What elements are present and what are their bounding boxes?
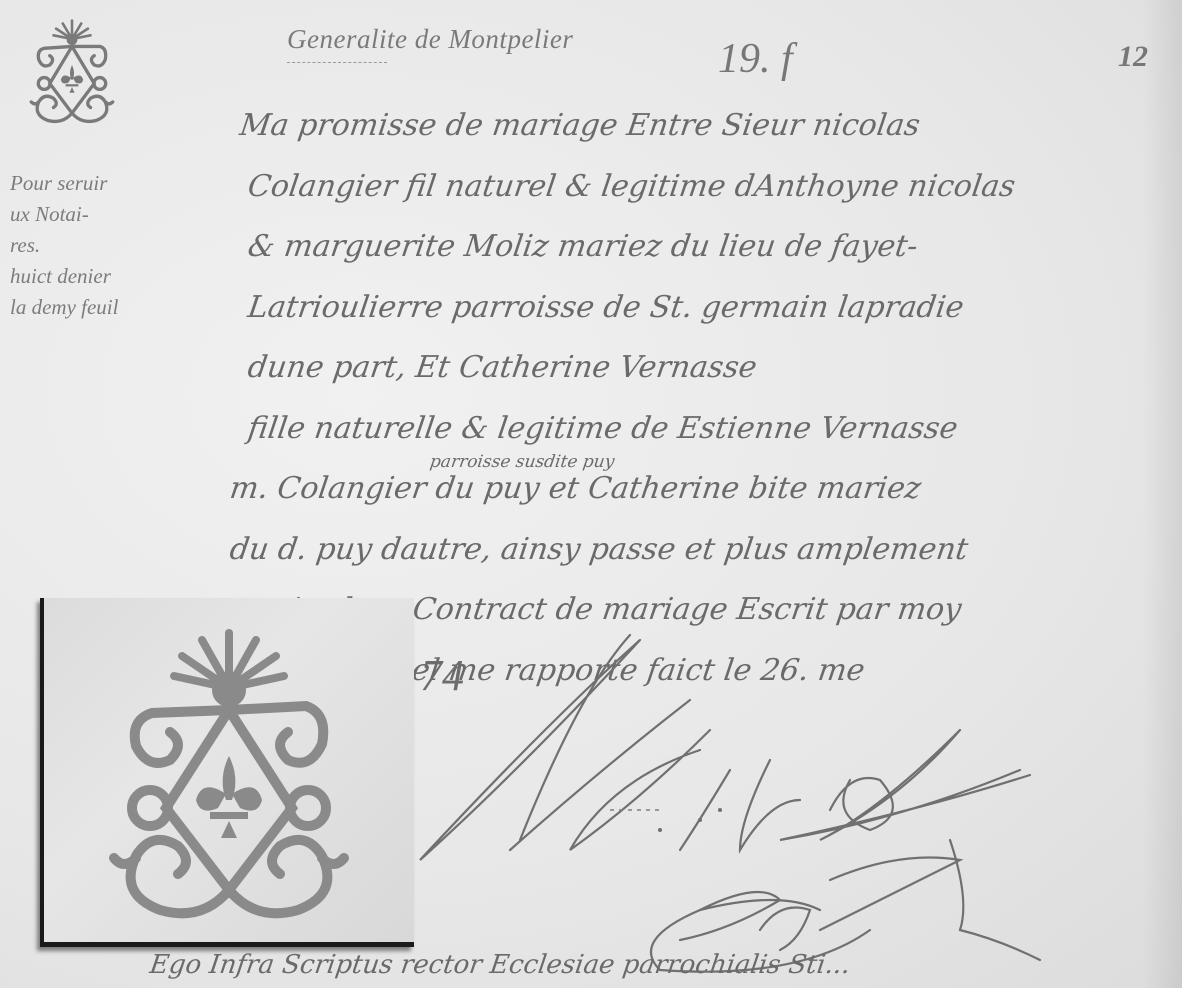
handwritten-line: du d. puy dautre, ainsy passe et plus am… (206, 520, 1165, 581)
margin-note: Pour seruir ux Notai- res. huict denier … (10, 168, 210, 323)
handwritten-line: Colangier fil naturel & legitime dAnthoy… (206, 157, 1165, 218)
page-number: 12 (1118, 40, 1148, 74)
enlarged-stamp-inset (40, 598, 414, 947)
bottom-handwritten-line: Ego Infra Scriptus rector Ecclesiae parr… (148, 950, 1152, 980)
handwritten-line: m. Colangier du puy et Catherine bite ma… (206, 459, 1165, 520)
folio-number: 19. f (718, 35, 793, 83)
signature-flourish-icon (400, 600, 1120, 988)
margin-note-line: huict denier (10, 261, 210, 292)
document-page: Generalite de Montpelier 19. f 12 Pour s… (0, 0, 1182, 988)
margin-note-line: la demy feuil (10, 292, 210, 323)
fleur-de-lis-stamp-icon (22, 8, 122, 133)
handwritten-line: Latrioulierre parroisse de St. germain l… (206, 278, 1165, 339)
margin-note-line: Pour seruir (10, 168, 210, 199)
handwritten-line: & marguerite Moliz mariez du lieu de fay… (206, 217, 1165, 278)
handwritten-line: dune part, Et Catherine Vernasse (206, 338, 1165, 399)
interlinear-note: parroisse susdite puy (429, 452, 616, 472)
printed-header-title: Generalite de Montpelier (287, 24, 573, 55)
handwritten-line: Ma promisse de mariage Entre Sieur nicol… (206, 96, 1165, 157)
margin-note-line: ux Notai- (10, 199, 210, 230)
margin-note-line: res. (10, 230, 210, 261)
fleur-de-lis-stamp-icon (94, 618, 364, 928)
handwritten-line: fille naturelle & legitime de Estienne V… (206, 399, 1165, 460)
